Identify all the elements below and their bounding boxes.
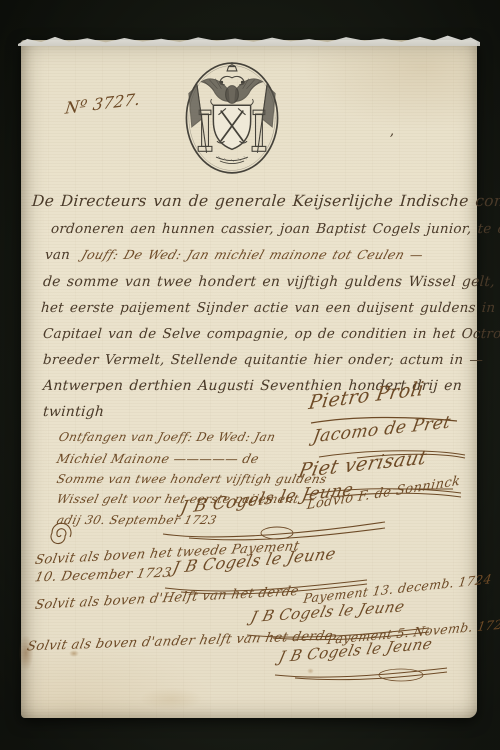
- order-line-6: Capitael van de Selve compagnie, op de c…: [42, 326, 500, 342]
- paper-stain: [141, 688, 201, 710]
- flourish-spiral: [47, 522, 73, 548]
- document-paper: Nº 3727.: [21, 40, 477, 718]
- paper-stain: [307, 668, 314, 674]
- order-line-3: van Jouff: De Wed: Jan michiel mainone t…: [44, 247, 423, 263]
- order-line-1: De Directeurs van de generale Keijserlij…: [31, 192, 500, 210]
- director-signature: Jacomo de Pret: [311, 412, 452, 447]
- order-line-3-prefix: van: [44, 247, 70, 263]
- receipt-line-1: Ontfangen van Joeff: De Wed: Jan: [57, 430, 277, 444]
- receipt-line-3: Somme van twee hondert vijftigh guldens: [55, 472, 328, 486]
- order-line-5: het eerste paijement Sijnder actie van e…: [40, 300, 500, 316]
- serial-number: Nº 3727.: [64, 89, 141, 118]
- order-line-4: de somme van twee hondert en vijftigh gu…: [42, 274, 500, 290]
- company-crest-emblem: [183, 58, 281, 176]
- ink-mark: ʼ: [389, 132, 393, 148]
- signature-flourish: [271, 666, 451, 682]
- order-line-7: breeder Vermelt, Stellende quitantie hie…: [42, 352, 483, 368]
- photo-backdrop: Nº 3727.: [0, 0, 500, 750]
- receipt-line-2: Michiel Mainone ————— de: [55, 451, 261, 466]
- torn-top-edge: [18, 33, 480, 46]
- solvit-date: 10. December 1723: [33, 566, 173, 586]
- order-line-2: ordoneren aen hunnen cassier, joan Bapti…: [50, 221, 500, 237]
- order-line-9: twintigh: [42, 404, 104, 420]
- inserted-payee-name: Jouff: De Wed: Jan michiel mainone tot C…: [80, 247, 426, 262]
